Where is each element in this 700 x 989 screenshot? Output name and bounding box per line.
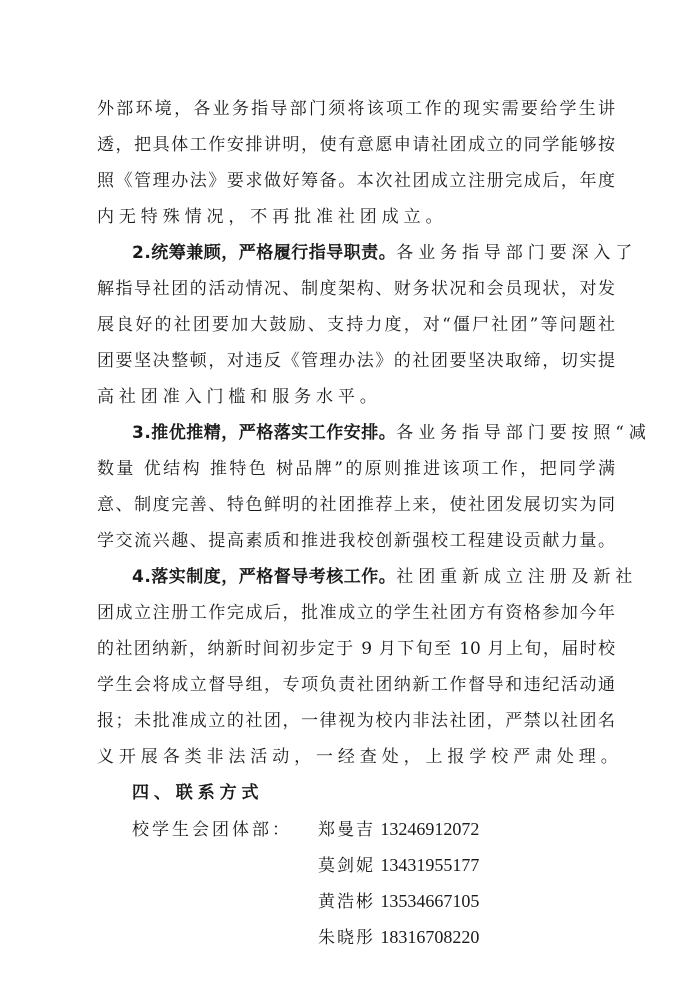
section-2: 2.统筹兼顾，严格履行指导职责。各业务指导部门要深入了 解指导社团的活动情况、制…	[97, 239, 615, 419]
text-line: 透，把具体工作安排讲明，使有意愿申请社团成立的同学能够按	[97, 131, 615, 167]
contact-phone: 13246912072	[380, 819, 479, 839]
text-line: 展良好的社团要加大鼓励、支持力度，对“僵尸社团”等问题社	[97, 311, 615, 347]
text-line: 解指导社团的活动情况、制度架构、财务状况和会员现状，对发	[97, 275, 615, 311]
contact-section: 四、联系方式 校学生会团体部：郑曼吉 13246912072 莫剑妮 13431…	[97, 779, 615, 959]
text-line: 照《管理办法》要求做好筹备。本次社团成立注册完成后，年度	[97, 167, 615, 203]
contact-row: 黄浩彬 13534667105	[97, 887, 615, 923]
contact-row: 朱晓彤 18316708220	[97, 923, 615, 959]
contact-row: 莫剑妮 13431955177	[97, 851, 615, 887]
intro-paragraph: 外部环境，各业务指导部门须将该项工作的现实需要给学生讲 透，把具体工作安排讲明，…	[97, 95, 615, 239]
contact-phone: 13534667105	[380, 891, 479, 911]
contact-heading: 四、联系方式	[97, 779, 615, 815]
contact-phone: 13431955177	[380, 855, 479, 875]
contact-name: 莫剑妮	[318, 856, 375, 876]
section-4: 4.落实制度，严格督导考核工作。社团重新成立注册及新社 团成立注册工作完成后，批…	[97, 563, 615, 779]
section-first-line: 4.落实制度，严格督导考核工作。社团重新成立注册及新社	[97, 563, 615, 599]
text-line: 学交流兴趣、提高素质和推进我校创新强校工程建设贡献力量。	[97, 527, 615, 563]
text-line: 内无特殊情况，不再批准社团成立。	[97, 203, 615, 239]
section-text: 各业务指导部门要按照“减	[396, 423, 651, 443]
text-line: 数量 优结构 推特色 树品牌”的原则推进该项工作，把同学满	[97, 455, 615, 491]
contact-row: 校学生会团体部：郑曼吉 13246912072	[97, 815, 615, 851]
document-page: 外部环境，各业务指导部门须将该项工作的现实需要给学生讲 透，把具体工作安排讲明，…	[97, 95, 615, 959]
text-line: 的社团纳新，纳新时间初步定于 9 月下旬至 10 月上旬，届时校	[97, 635, 615, 671]
text-line: 义开展各类非法活动，一经查处，上报学校严肃处理。	[97, 743, 615, 779]
text-line: 外部环境，各业务指导部门须将该项工作的现实需要给学生讲	[97, 95, 615, 131]
text-line: 学生会将成立督导组，专项负责社团纳新工作督导和违纪活动通	[97, 671, 615, 707]
text-line: 意、制度完善、特色鲜明的社团推荐上来，使社团发展切实为同	[97, 491, 615, 527]
section-text: 各业务指导部门要深入了	[396, 243, 637, 263]
section-title: 4.落实制度，严格督导考核工作。	[132, 567, 396, 587]
contact-name: 朱晓彤	[318, 928, 375, 948]
text-line: 高社团准入门槛和服务水平。	[97, 383, 615, 419]
contact-name: 郑曼吉	[318, 820, 375, 840]
section-first-line: 3.推优推精，严格落实工作安排。各业务指导部门要按照“减	[97, 419, 615, 455]
contact-phone: 18316708220	[380, 927, 479, 947]
text-line: 团成立注册工作完成后，批准成立的学生社团方有资格参加今年	[97, 599, 615, 635]
contact-department-label: 校学生会团体部：	[132, 816, 318, 844]
text-line: 团要坚决整顿，对违反《管理办法》的社团要坚决取缔，切实提	[97, 347, 615, 383]
text-line: 报；未批准成立的社团，一律视为校内非法社团，严禁以社团名	[97, 707, 615, 743]
section-title: 3.推优推精，严格落实工作安排。	[132, 423, 396, 443]
contact-name: 黄浩彬	[318, 892, 375, 912]
section-3: 3.推优推精，严格落实工作安排。各业务指导部门要按照“减 数量 优结构 推特色 …	[97, 419, 615, 563]
section-text: 社团重新成立注册及新社	[396, 567, 637, 587]
section-first-line: 2.统筹兼顾，严格履行指导职责。各业务指导部门要深入了	[97, 239, 615, 275]
section-title: 2.统筹兼顾，严格履行指导职责。	[132, 243, 396, 263]
